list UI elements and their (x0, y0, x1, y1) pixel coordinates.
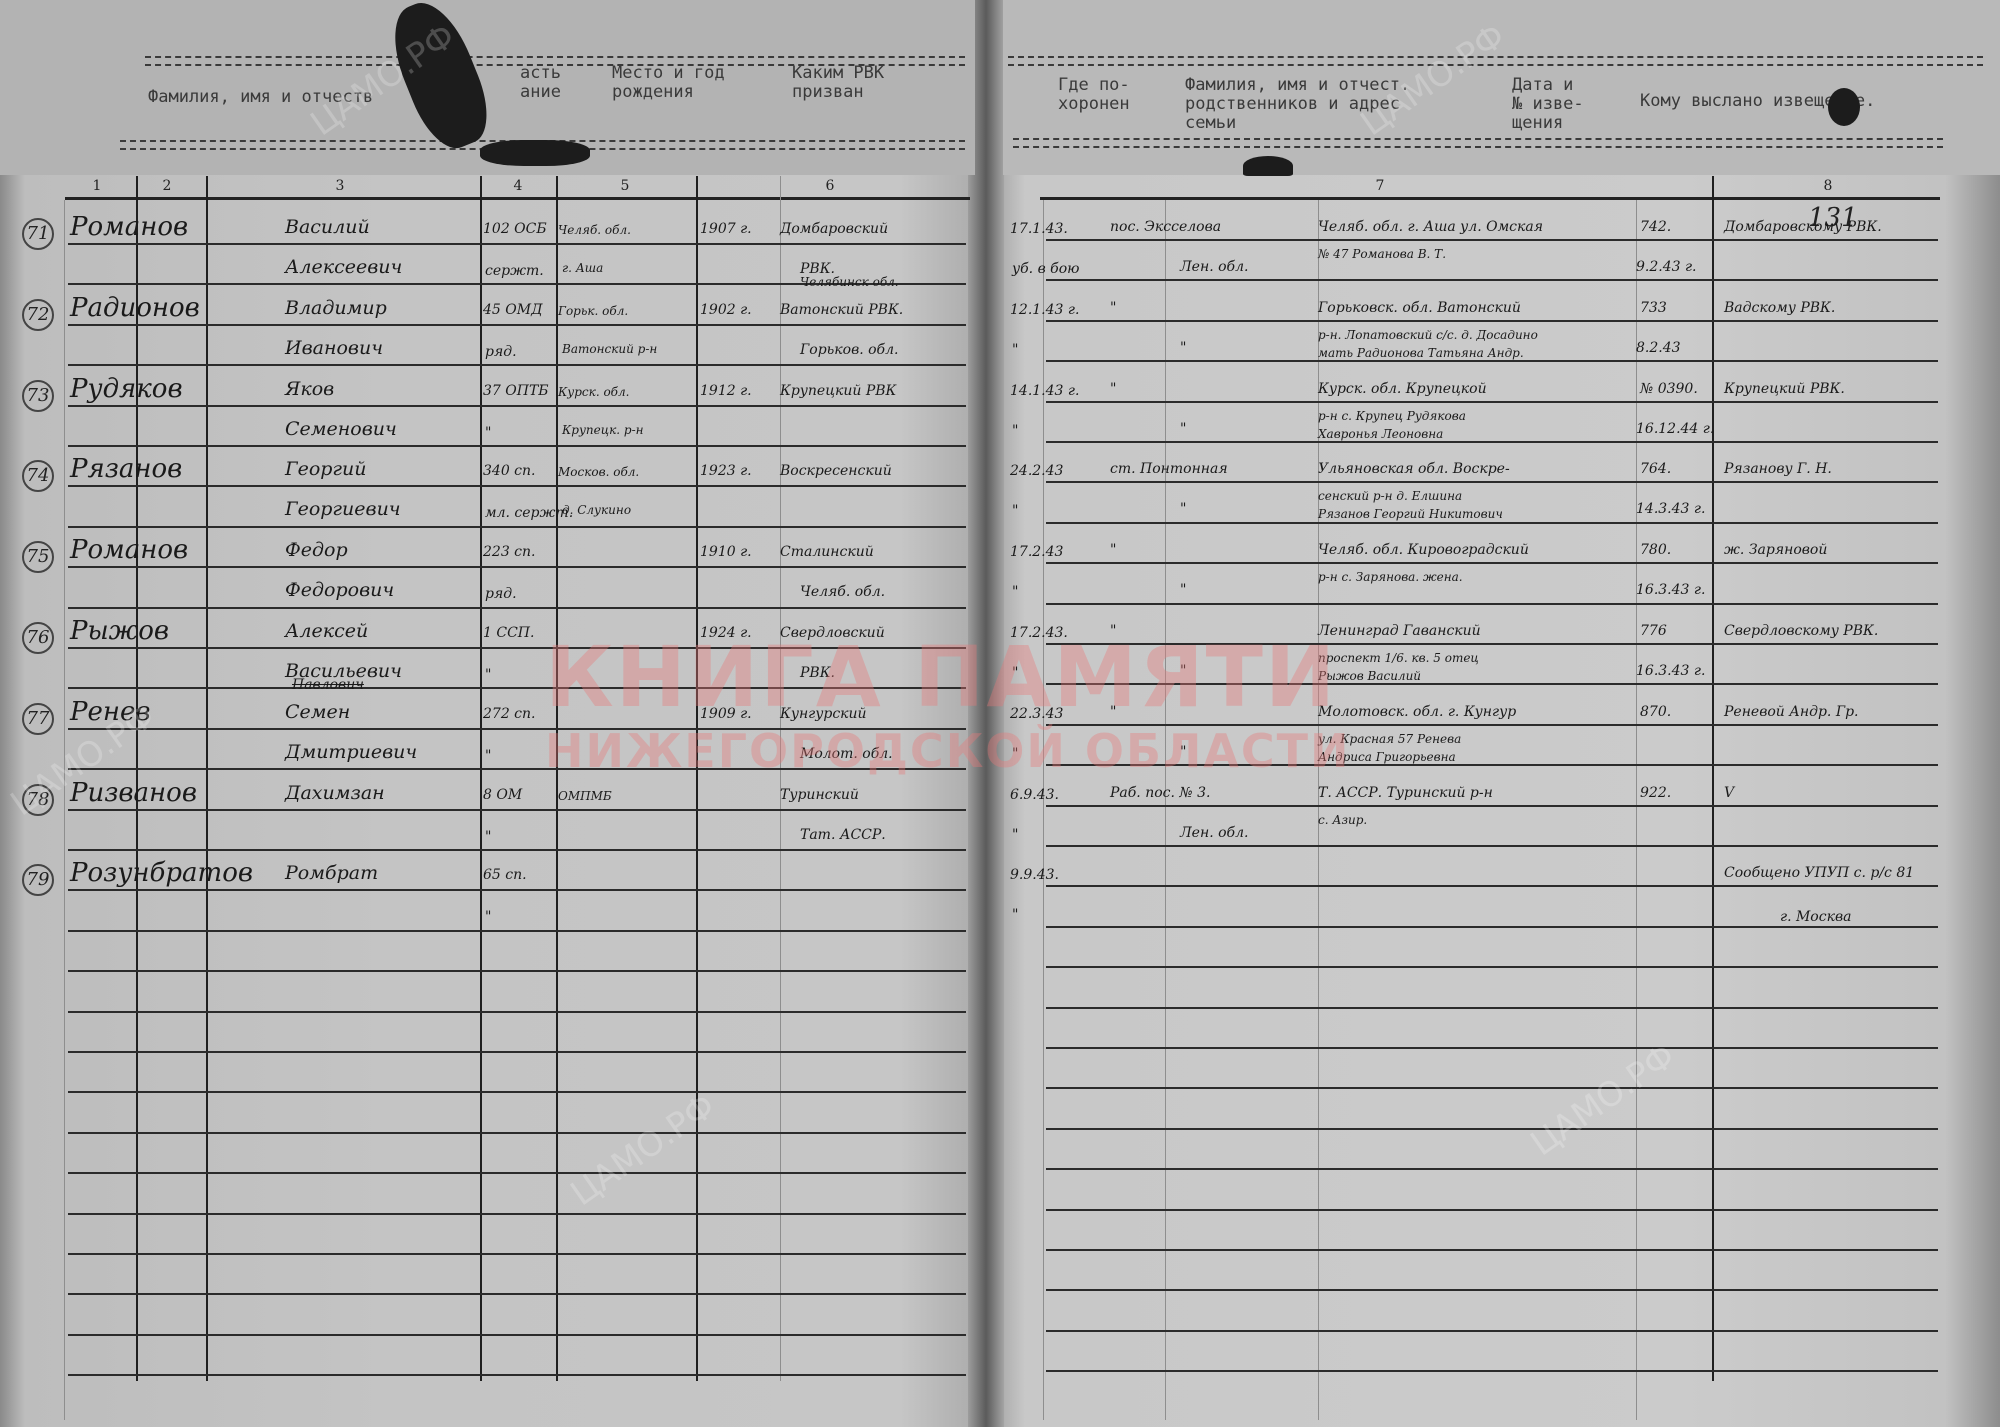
record-sent-to: Домбаровскому РВК. (1724, 220, 1882, 234)
record-relatives-name: Рязанов Георгий Никитович (1318, 508, 1503, 520)
row-rule (68, 930, 966, 932)
record-rvk-2: РВК. (800, 262, 835, 276)
record-birth-place-2: Ватонский р-н (562, 343, 657, 355)
row-rule (1046, 885, 1938, 887)
record-birth-place-2: д. Слукино (562, 504, 631, 516)
record-rvk-3: Челябинск обл. (800, 276, 899, 288)
row-rule (1046, 1330, 1938, 1332)
record-death-date: 24.2.43 (1010, 464, 1063, 478)
record-death-date: 9.9.43. (1010, 868, 1059, 882)
row-rule (1046, 522, 1938, 524)
record-notice-number: № 0390. (1640, 382, 1698, 396)
record-unit: 272 сп. (483, 707, 535, 721)
record-birth-year: 1912 г. (700, 384, 752, 398)
record-surname: Рыжов (70, 618, 169, 644)
row-rule (1046, 239, 1938, 241)
row-rule (1046, 279, 1938, 281)
header-bottom-rule (65, 197, 970, 200)
record-first-name: Георгий (285, 460, 367, 479)
record-patronymic: Георгиевич (285, 500, 401, 519)
header-col-burial: Где по- хоронен (1058, 76, 1130, 114)
record-first-name: Ромбрат (285, 864, 378, 883)
record-birth-year: 1923 г. (700, 464, 752, 478)
record-relatives-address-2: № 47 Романова В. Т. (1318, 248, 1446, 260)
record-burial-region: " (1180, 583, 1186, 597)
record-birth-place-2: г. Аша (562, 262, 603, 274)
record-relatives-address: Челяб. обл. г. Аша ул. Омская (1318, 220, 1543, 234)
record-rank: " (485, 426, 491, 440)
row-rule (1046, 805, 1938, 807)
row-rule (68, 1011, 966, 1013)
row-rule (1046, 1047, 1938, 1049)
record-notice-date: 8.2.43 (1636, 341, 1681, 355)
record-sent-to: Крупецкий РВК. (1724, 382, 1845, 396)
record-relatives-address: Горьковск. обл. Ватонский (1318, 301, 1521, 315)
record-relatives-address-2: р-н. Лопатовский с/с. д. Досадино (1318, 329, 1538, 341)
record-relatives-address: Т. АССР. Туринский р-н (1318, 786, 1493, 800)
record-notice-number: 764. (1640, 462, 1671, 476)
record-burial-place: " (1110, 382, 1116, 396)
row-rule (68, 405, 966, 407)
record-unit: 65 сп. (483, 868, 527, 882)
record-death-date: 17.2.43 (1010, 545, 1063, 559)
row-rule (68, 1293, 966, 1295)
column-rule (1165, 200, 1166, 1420)
row-rule (68, 1374, 966, 1376)
record-death-cause: " (1012, 424, 1018, 438)
record-sent-to: V (1724, 786, 1734, 800)
record-unit: 1 ССП. (483, 626, 534, 640)
column-rule (556, 176, 558, 1381)
record-death-date: 17.1.43. (1010, 222, 1068, 236)
row-rule (68, 1132, 966, 1134)
record-death-cause: " (1012, 504, 1018, 518)
row-rule (68, 566, 966, 568)
record-death-cause: " (1012, 828, 1018, 842)
record-rvk: Сталинский (780, 545, 874, 559)
row-rule (68, 607, 966, 609)
record-surname: Радионов (70, 295, 200, 321)
record-relatives-address: Челяб. обл. Кировоградский (1318, 543, 1529, 557)
record-burial-place: пос. Эксселова (1110, 220, 1221, 234)
record-patronymic: Дмитриевич (285, 743, 417, 762)
record-notice-date: 16.3.43 г. (1636, 583, 1705, 597)
column-number: 5 (621, 178, 630, 194)
record-birth-year: 1902 г. (700, 303, 752, 317)
record-unit: 102 ОСБ (483, 222, 547, 236)
row-rule (1046, 1209, 1938, 1211)
record-sent-to: Сообщено УПУП с. р/с 81 (1724, 866, 1914, 880)
record-death-cause: " (1012, 908, 1018, 922)
record-birth-place: Горьк. обл. (558, 305, 628, 317)
column-number: 3 (336, 178, 345, 194)
header-col-unit: асть ание (520, 64, 561, 102)
header-bottom-rule (1040, 197, 1940, 200)
record-unit: 37 ОПТБ (483, 384, 549, 398)
record-death-date: 12.1.43 г. (1010, 303, 1079, 317)
record-sent-to-2: г. Москва (1780, 910, 1851, 924)
row-rule (68, 1091, 966, 1093)
header-col-notice: Дата и № изве- щения (1512, 76, 1584, 133)
record-burial-region: " (1180, 341, 1186, 355)
column-rule (1636, 200, 1637, 1420)
row-rule (68, 809, 966, 811)
record-rank: сержт. (485, 264, 544, 278)
record-birth-place: ОМПМБ (558, 790, 612, 802)
row-rule (1046, 1007, 1938, 1009)
row-rule (1046, 926, 1938, 928)
record-death-date: 6.9.43. (1010, 788, 1059, 802)
ink-stain (1828, 88, 1860, 126)
record-relatives-address: Ленинград Гаванский (1318, 624, 1481, 638)
row-rule (68, 364, 966, 366)
row-rule (1046, 562, 1938, 564)
record-surname: Романов (70, 537, 188, 563)
record-rank: " (485, 668, 491, 682)
record-sent-to: Реневой Андр. Гр. (1724, 705, 1859, 719)
record-notice-date: 14.3.43 г. (1636, 502, 1705, 516)
header-dashed-rule-bottom (1013, 138, 1943, 148)
record-relatives-address-2: проспект 1/6. кв. 5 отец (1318, 652, 1479, 664)
record-notice-number: 780. (1640, 543, 1671, 557)
record-first-name: Алексей (285, 622, 368, 641)
row-rule (1046, 1168, 1938, 1170)
row-rule (1046, 1370, 1938, 1372)
record-number: 73 (22, 380, 54, 412)
record-patronymic-struck: Павлович (292, 678, 364, 692)
record-rvk: Ватонский РВК. (780, 303, 903, 317)
record-death-cause: " (1012, 585, 1018, 599)
record-surname: Романов (70, 214, 188, 240)
record-notice-date: 9.2.43 г. (1636, 260, 1697, 274)
row-rule (68, 445, 966, 447)
header-col-rvk: Каким РВК призван (792, 64, 884, 102)
record-surname: Рязанов (70, 456, 182, 482)
column-rule (696, 176, 698, 1381)
ink-stain (480, 140, 590, 166)
row-rule (1046, 1087, 1938, 1089)
record-burial-region: Лен. обл. (1180, 260, 1248, 274)
record-burial-place: Раб. пос. № 3. (1110, 786, 1210, 800)
record-unit: 340 сп. (483, 464, 535, 478)
record-relatives-address: Молотовск. обл. г. Кунгур (1318, 705, 1516, 719)
record-rank: " (485, 830, 491, 844)
record-notice-number: 922. (1640, 786, 1671, 800)
record-unit: 8 ОМ (483, 788, 522, 802)
column-number: 2 (163, 178, 172, 194)
record-rank: " (485, 910, 491, 924)
row-rule (1046, 481, 1938, 483)
left-header-strip: Фамилия, имя и отчеств асть ание Место и… (0, 0, 975, 175)
record-rank: ряд. (485, 345, 517, 359)
record-first-name: Василий (285, 218, 370, 237)
row-rule (1046, 966, 1938, 968)
row-rule (1046, 401, 1938, 403)
record-relatives-address-2: с. Азир. (1318, 814, 1367, 826)
record-sent-to: ж. Зaряновой (1724, 543, 1827, 557)
record-rank: " (485, 749, 491, 763)
record-first-name: Яков (285, 380, 334, 399)
record-first-name: Семен (285, 703, 350, 722)
record-surname: Рудяков (70, 376, 183, 402)
row-rule (68, 1051, 966, 1053)
row-rule (68, 485, 966, 487)
column-rule (780, 176, 781, 1381)
record-notice-number: 776 (1640, 624, 1667, 638)
record-burial-region: " (1180, 422, 1186, 436)
record-rvk: Туринский (780, 788, 859, 802)
record-surname: Ризванов (70, 780, 197, 806)
record-rvk-2: Челяб. обл. (800, 585, 885, 599)
row-rule (68, 526, 966, 528)
row-rule (1046, 845, 1938, 847)
record-patronymic: Семенович (285, 420, 397, 439)
row-rule (68, 889, 966, 891)
record-death-date: 14.1.43 г. (1010, 384, 1079, 398)
record-rvk: Крупецкий РВК (780, 384, 896, 398)
record-notice-date: 16.3.43 г. (1636, 664, 1705, 678)
column-rule (480, 176, 482, 1381)
record-rvk: Домбаровский (780, 222, 888, 236)
record-relatives-address-2: р-н с. Зарянова. жена. (1318, 571, 1463, 583)
record-first-name: Федор (285, 541, 348, 560)
row-rule (1046, 441, 1938, 443)
record-notice-number: 733 (1640, 301, 1667, 315)
record-unit: 45 ОМД (483, 303, 542, 317)
record-burial-place: " (1110, 301, 1116, 315)
column-number-row: 1 2 3 4 5 6 7 8 (0, 175, 2000, 197)
column-number: 7 (1376, 178, 1385, 194)
record-burial-place: " (1110, 543, 1116, 557)
record-birth-place: Курск. обл. (558, 386, 629, 398)
record-burial-region: " (1180, 502, 1186, 516)
record-sent-to: Рязанову Г. Н. (1724, 462, 1832, 476)
record-relatives-name: мать Радионова Татьяна Андр. (1318, 347, 1524, 359)
record-sent-to: Свердловскому РВК. (1724, 624, 1878, 638)
watermark-subtitle: НИЖЕГОРОДСКОЙ ОБЛАСТИ (545, 724, 1351, 778)
record-rank: ряд. (485, 587, 517, 601)
column-rule (1712, 176, 1714, 1381)
row-rule (1046, 320, 1938, 322)
column-number: 4 (514, 178, 523, 194)
record-notice-date: 16.12.44 г. (1636, 422, 1714, 436)
row-rule (1046, 1249, 1938, 1251)
column-number: 8 (1824, 178, 1833, 194)
row-rule (68, 243, 966, 245)
record-death-cause: " (1012, 343, 1018, 357)
record-first-name: Владимир (285, 299, 387, 318)
right-header-strip: Где по- хоронен Фамилия, имя и отчест. р… (1003, 0, 2000, 175)
column-number: 6 (826, 178, 835, 194)
row-rule (1046, 360, 1938, 362)
record-burial-place: ст. Понтонная (1110, 462, 1228, 476)
record-surname: Розунбратов (70, 860, 253, 886)
row-rule (68, 1253, 966, 1255)
record-patronymic: Иванович (285, 339, 383, 358)
record-death-cause: уб. в бою (1012, 262, 1079, 276)
record-rvk-2: Горьков. обл. (800, 343, 898, 357)
record-birth-place: Челяб. обл. (558, 224, 631, 236)
row-rule (1046, 1289, 1938, 1291)
record-patronymic: Федорович (285, 581, 394, 600)
record-notice-number: 870. (1640, 705, 1671, 719)
record-number: 75 (22, 541, 54, 573)
row-rule (1046, 1128, 1938, 1130)
row-rule (1046, 603, 1938, 605)
ink-stain (1243, 156, 1293, 176)
watermark-title: КНИГА ПАМЯТИ (545, 628, 1337, 726)
record-number: 77 (22, 703, 54, 735)
row-rule (68, 970, 966, 972)
column-rule (206, 176, 208, 1381)
record-rank: мл. сержт. (485, 506, 573, 520)
record-birth-year: 1910 г. (700, 545, 752, 559)
record-rvk-2: Тат. АССР. (800, 828, 886, 842)
record-sent-to: Вадскому РВК. (1724, 301, 1835, 315)
record-birth-year: 1907 г. (700, 222, 752, 236)
row-rule (68, 1213, 966, 1215)
record-patronymic: Алексеевич (285, 258, 402, 277)
row-rule (68, 1334, 966, 1336)
record-first-name: Дахимзан (285, 784, 385, 803)
column-number: 1 (93, 178, 102, 194)
record-number: 71 (22, 218, 54, 250)
record-notice-number: 742. (1640, 220, 1671, 234)
header-col-birth: Место и год рождения (612, 64, 725, 102)
record-relatives-address-2: р-н с. Крупец Рудякова (1318, 410, 1466, 422)
record-unit: 223 сп. (483, 545, 535, 559)
column-rule (64, 200, 65, 1420)
record-relatives-address: Ульяновская обл. Воскре- (1318, 462, 1510, 476)
row-rule (68, 324, 966, 326)
row-rule (68, 849, 966, 851)
record-relatives-name: Хавронья Леоновна (1318, 428, 1443, 440)
record-birth-place-2: Крупецк. р-н (562, 424, 644, 436)
record-burial-region: Лен. обл. (1180, 826, 1248, 840)
record-number: 72 (22, 299, 54, 331)
record-rvk: Воскресенский (780, 464, 892, 478)
record-relatives-address: Курск. обл. Крупецкой (1318, 382, 1487, 396)
record-relatives-address-2: сенский р-н д. Елшина (1318, 490, 1462, 502)
record-birth-place: Москов. обл. (558, 466, 639, 478)
row-rule (68, 1172, 966, 1174)
record-number: 76 (22, 622, 54, 654)
